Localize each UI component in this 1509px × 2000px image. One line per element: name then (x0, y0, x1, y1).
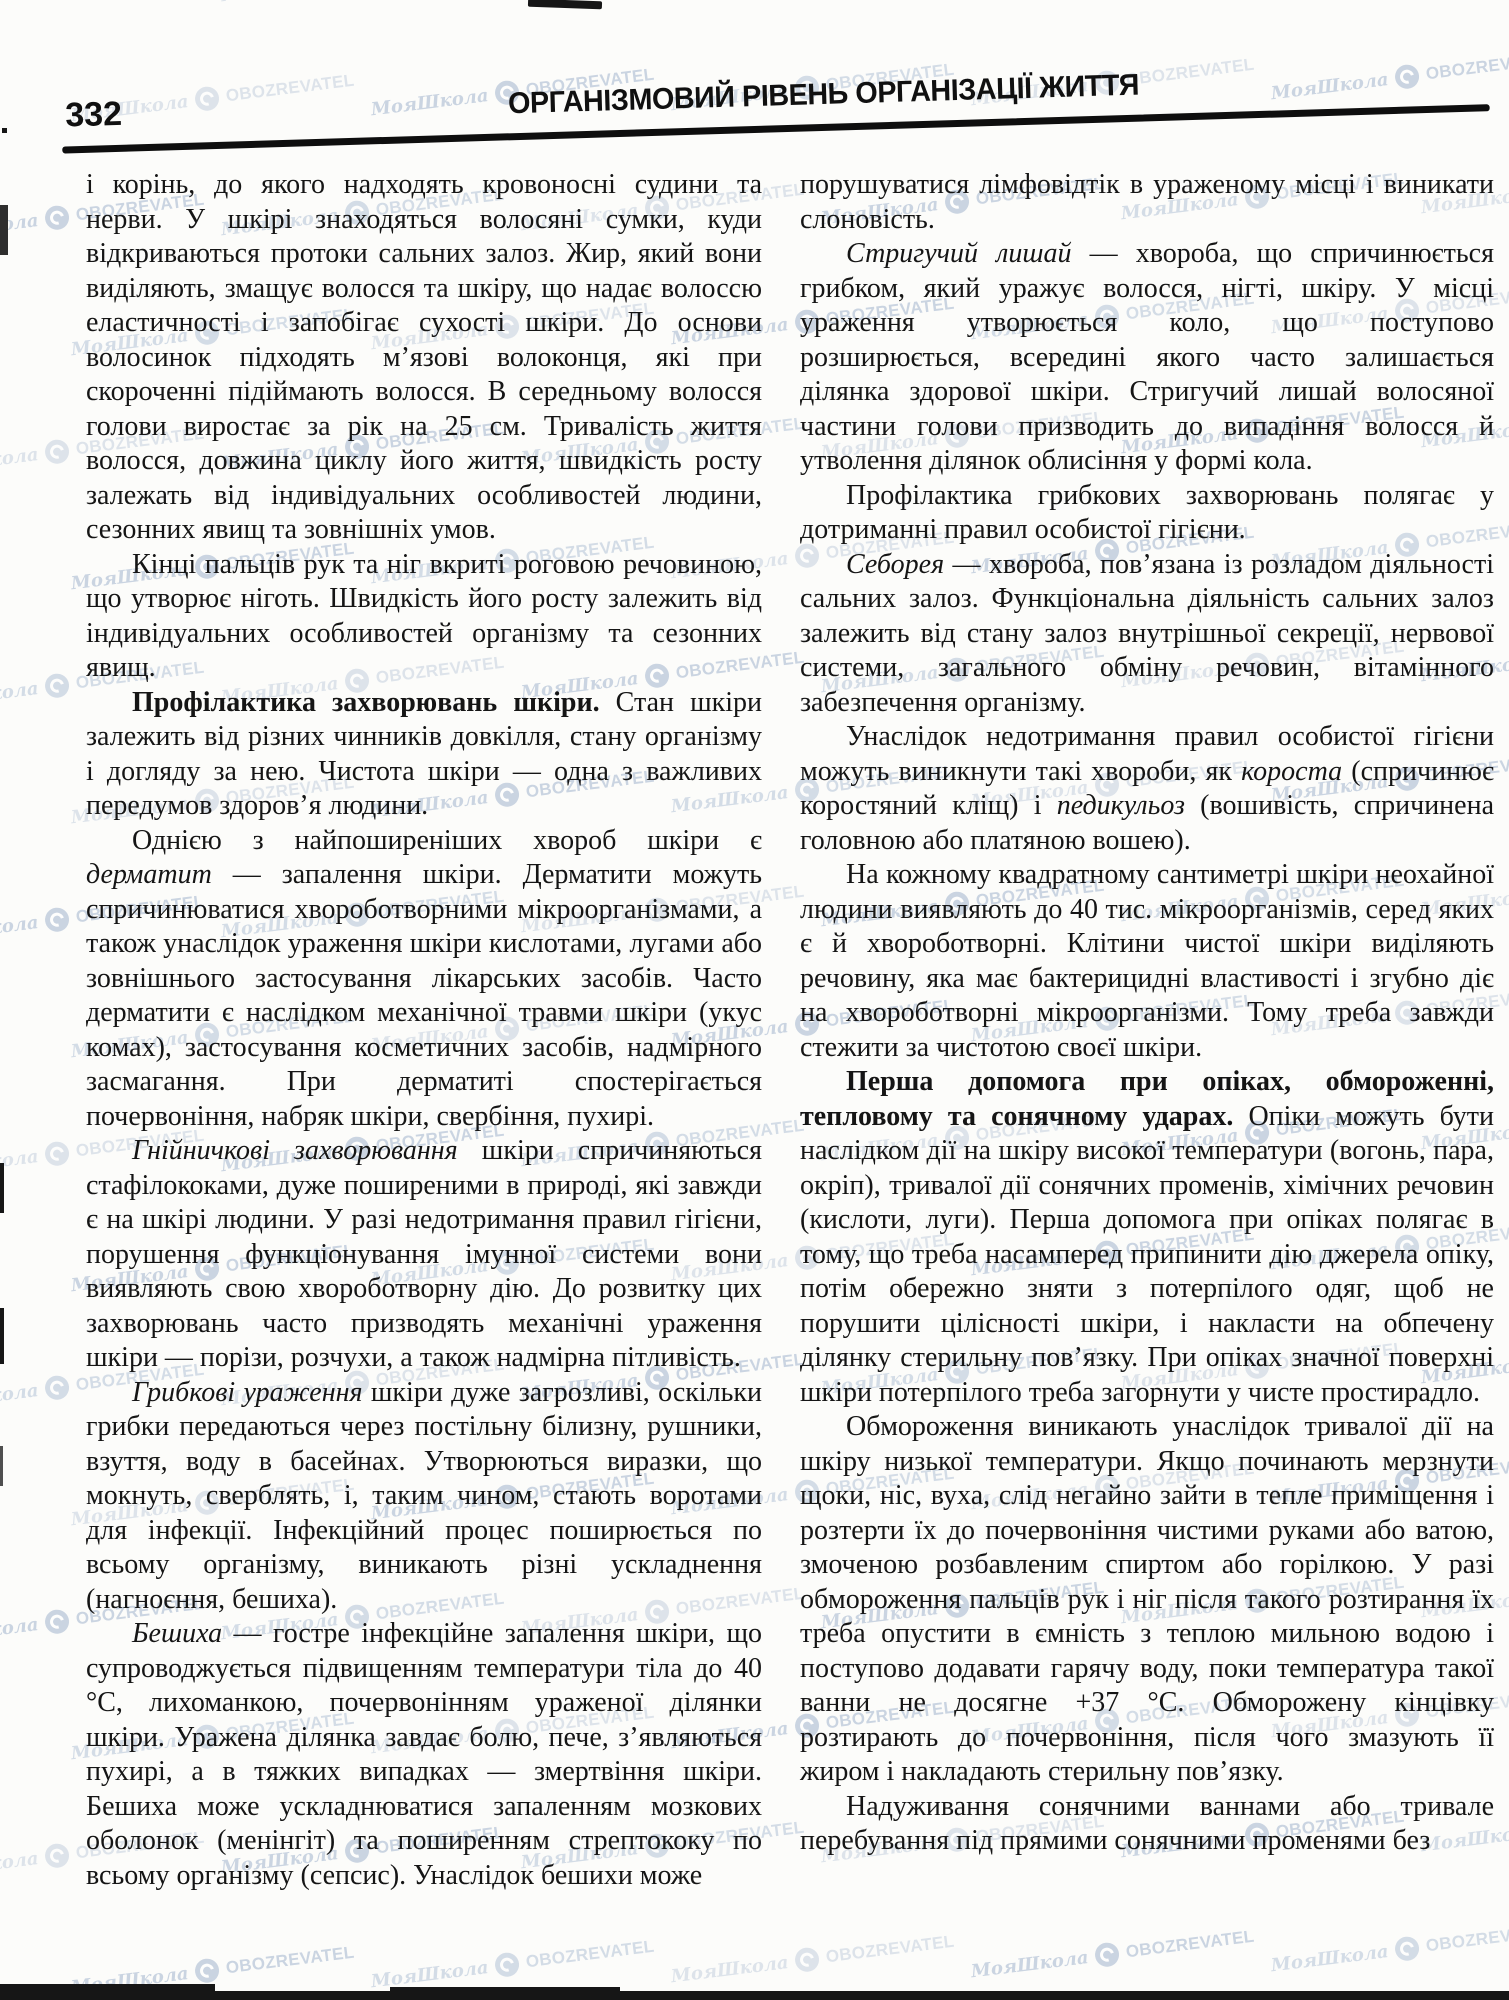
watermark: МояШколаOBOZREVATEL (220, 0, 506, 7)
text-run-italic: короста (1241, 756, 1342, 787)
text-run-normal: Надуживання сонячними ваннами або тривал… (800, 1791, 1494, 1857)
paragraph: Однією з найпоширеніших хвороб шкіри є д… (86, 824, 762, 1135)
watermark: МояШколаOBOZREVATEL (370, 1935, 656, 1994)
obozrevatel-logo-icon (194, 1957, 221, 1984)
text-run-italic: Бешиха (132, 1618, 222, 1649)
obozrevatel-logo-icon (44, 672, 71, 699)
scan-artifact (2, 128, 7, 133)
watermark-school-label: МояШкола (0, 678, 40, 713)
text-run-normal: — хвороба, що спричинюється грибком, яки… (800, 238, 1494, 476)
paragraph: Бешиха — гостре інфекційне запалення шкі… (86, 1617, 762, 1893)
text-run-italic: Грибкові ураження (132, 1377, 363, 1408)
watermark-brand-label: OBOZREVATEL (1425, 1921, 1509, 1957)
text-run-normal: Обмороження виникають унаслідок тривалої… (800, 1411, 1494, 1787)
scan-artifact (0, 1446, 3, 1486)
text-run-bold: Профілактика захворювань шкіри. (132, 687, 600, 718)
text-run-normal: Профілактика грибкових захворювань поляг… (800, 480, 1494, 546)
left-column: і корінь, до якого надходять кровоносні … (86, 168, 762, 1893)
text-run-normal: — гостре інфекційне запалення шкіри, що … (86, 1618, 762, 1891)
obozrevatel-logo-icon (44, 438, 71, 465)
obozrevatel-logo-icon (44, 1842, 71, 1869)
watermark-school-label: МояШкола (0, 444, 40, 479)
watermark: МояШколаOBOZREVATEL (970, 1925, 1256, 1984)
paragraph: На кожному квадратному сантиметрі шкіри … (800, 858, 1494, 1065)
paragraph: Стригучий лишай — хвороба, що спричинюєт… (800, 237, 1494, 479)
scan-artifact (0, 1984, 215, 2000)
paragraph: Надуживання сонячними ваннами або тривал… (800, 1790, 1494, 1859)
watermark-brand-label: OBOZREVATEL (525, 1937, 656, 1973)
page-title: ОРГАНІЗМОВИЙ РІВЕНЬ ОРГАНІЗАЦІЇ ЖИТТЯ (176, 59, 1471, 131)
paragraph: Грибкові ураження шкіри дуже загрозливі,… (86, 1376, 762, 1618)
text-run-normal: Опіки можуть бути наслідком дії на шкіру… (800, 1101, 1494, 1408)
watermark-school-label: МояШкола (1270, 1941, 1390, 1976)
paragraph: Профілактика грибкових захворювань поляг… (800, 479, 1494, 548)
watermark-school-label: МояШкола (0, 1848, 40, 1883)
text-run-normal: шкіри спричиняються стафілококами, дуже … (86, 1135, 762, 1373)
text-run-italic: дерматит (86, 859, 212, 890)
scan-artifact (0, 1308, 4, 1364)
paragraph: Гнійничкові захворювання шкіри спричиняю… (86, 1134, 762, 1376)
paragraph: порушуватися лімфовідтік в ураженому міс… (800, 168, 1494, 237)
paragraph: Перша допомога при опіках, обмороженні, … (800, 1065, 1494, 1410)
text-run-normal: На кожному квадратному сантиметрі шкіри … (800, 859, 1494, 1063)
obozrevatel-logo-icon (794, 1946, 821, 1973)
text-run-italic: Гнійничкові захворювання (132, 1135, 458, 1166)
paragraph: Кінці пальців рук та ніг вкриті роговою … (86, 548, 762, 686)
text-run-normal: і корінь, до якого надходять кровоносні … (86, 169, 762, 545)
watermark-school-label: МояШкола (0, 0, 40, 11)
watermark-school-label: МояШкола (0, 1380, 40, 1415)
watermark: МояШколаOBOZREVATEL (1270, 1919, 1509, 1978)
obozrevatel-logo-icon (44, 1608, 71, 1635)
watermark-school-label: МояШкола (670, 1952, 790, 1987)
scan-artifact (390, 1987, 620, 2000)
watermark-school-label: МояШкола (0, 1614, 40, 1649)
watermark-brand-label: OBOZREVATEL (1125, 1927, 1256, 1963)
right-column: порушуватися лімфовідтік в ураженому міс… (800, 168, 1494, 1859)
watermark: МояШколаOBOZREVATEL (670, 1930, 956, 1989)
paragraph: і корінь, до якого надходять кровоносні … (86, 168, 762, 548)
paragraph: Профілактика захворювань шкіри. Стан шкі… (86, 686, 762, 824)
text-run-normal: Однією з найпоширеніших хвороб шкіри є (132, 825, 762, 856)
obozrevatel-logo-icon (44, 1374, 71, 1401)
scanned-page: МояШколаOBOZREVATELМояШколаOBOZREVATELМо… (0, 0, 1509, 2000)
watermark-school-label: МояШкола (220, 0, 340, 6)
obozrevatel-logo-icon (1394, 1935, 1421, 1962)
watermark-school-label: МояШкола (0, 912, 40, 947)
watermark-brand-label: OBOZREVATEL (825, 1932, 956, 1968)
page-number: 332 (65, 95, 123, 136)
text-run-normal: порушуватися лімфовідтік в ураженому міс… (800, 169, 1494, 235)
text-run-italic: педикульоз (1057, 790, 1185, 821)
text-run-normal: шкіри дуже загрозливі, оскільки грибки п… (86, 1377, 762, 1615)
text-run-italic: Стригучий лишай (846, 238, 1071, 269)
text-run-normal: — запалення шкіри. Дерматити можуть спри… (86, 859, 762, 1132)
paragraph: Обмороження виникають унаслідок тривалої… (800, 1410, 1494, 1790)
scan-artifact (528, 0, 602, 9)
watermark: МояШколаOBOZREVATEL (0, 0, 206, 12)
text-run-normal: Кінці пальців рук та ніг вкриті роговою … (86, 549, 762, 684)
paragraph: Себорея — хвороба, пов’язана із розладом… (800, 548, 1494, 721)
watermark-school-label: МояШкола (0, 1146, 40, 1181)
text-run-italic: Себорея (846, 549, 944, 580)
obozrevatel-logo-icon (494, 1951, 521, 1978)
scan-artifact (0, 1163, 4, 1213)
scan-artifact (0, 205, 8, 255)
watermark-school-label: МояШкола (970, 1947, 1090, 1982)
scan-artifact (0, 1991, 1509, 2000)
obozrevatel-logo-icon (1094, 1941, 1121, 1968)
watermark-brand-label: OBOZREVATEL (225, 1943, 356, 1979)
paragraph: Унаслідок недотримання правил особистої … (800, 720, 1494, 858)
obozrevatel-logo-icon (44, 906, 71, 933)
obozrevatel-logo-icon (44, 1140, 71, 1167)
